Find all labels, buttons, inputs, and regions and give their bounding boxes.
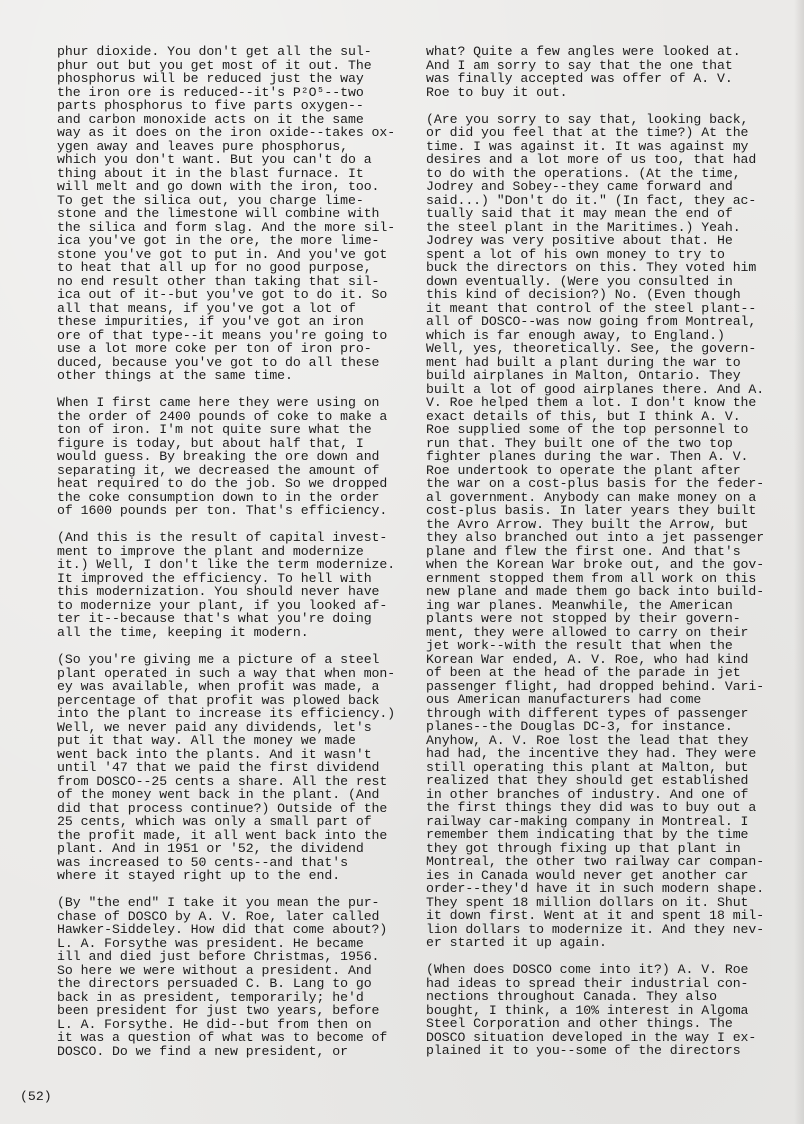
text-line: these impurities, if you've got an iron bbox=[57, 315, 395, 329]
text-line: ment had built a plant during the war to bbox=[426, 356, 764, 370]
text-line: L. A. Forsythe was president. He became bbox=[57, 937, 395, 951]
text-line: (When does DOSCO come into it?) A. V. Ro… bbox=[426, 963, 764, 977]
paragraph: (Are you sorry to say that, looking back… bbox=[426, 113, 764, 950]
text-line: the war on a cost-plus basis for the fed… bbox=[426, 477, 764, 491]
text-line: ment to improve the plant and modernize bbox=[57, 545, 395, 559]
text-line: ernment stopped them from all work on th… bbox=[426, 572, 764, 586]
text-line: the profit made, it all went back into t… bbox=[57, 829, 395, 843]
text-line: Steel Corporation and other things. The bbox=[426, 1017, 764, 1031]
text-line: went back into the plants. And it wasn't bbox=[57, 748, 395, 762]
text-line: (And this is the result of capital inves… bbox=[57, 531, 395, 545]
text-line: ica out of it--but you've got to do it. … bbox=[57, 288, 395, 302]
text-line: desires and a lot more of us too, that h… bbox=[426, 153, 764, 167]
text-line: the coke consumption down to in the orde… bbox=[57, 491, 395, 505]
text-line: would guess. By breaking the ore down an… bbox=[57, 450, 395, 464]
text-line: plained it to you--some of the directors bbox=[426, 1044, 764, 1058]
text-line: ygen away and leaves pure phosphorus, bbox=[57, 140, 395, 154]
text-line: exact details of this, but I think A. V. bbox=[426, 410, 764, 424]
text-line: DOSCO. Do we find a new president, or bbox=[57, 1045, 395, 1059]
text-line: or did you feel that at the time?) At th… bbox=[426, 126, 764, 140]
text-line: L. A. Forsythe. He did--but from then on bbox=[57, 1018, 395, 1032]
text-line: When I first came here they were using o… bbox=[57, 396, 395, 410]
text-line: (So you're giving me a picture of a stee… bbox=[57, 653, 395, 667]
text-line: was increased to 50 cents--and that's bbox=[57, 856, 395, 870]
document-page: phur dioxide. You don't get all the sul-… bbox=[0, 0, 804, 1124]
text-line: will melt and go down with the iron, too… bbox=[57, 180, 395, 194]
right-text-column: what? Quite a few angles were looked at.… bbox=[426, 45, 764, 1058]
text-line: this kind of decision?) No. (Even though bbox=[426, 288, 764, 302]
text-line: Hawker-Siddeley. How did that come about… bbox=[57, 923, 395, 937]
text-line: they got through fixing up that plant in bbox=[426, 842, 764, 856]
text-line: back in as president, temporarily; he'd bbox=[57, 991, 395, 1005]
text-line: where it stayed right up to the end. bbox=[57, 869, 395, 883]
text-line: (Are you sorry to say that, looking back… bbox=[426, 113, 764, 127]
text-line: 25 cents, which was only a small part of bbox=[57, 815, 395, 829]
text-line: buck the directors on this. They voted h… bbox=[426, 261, 764, 275]
text-line: Well, we never paid any dividends, let's bbox=[57, 721, 395, 735]
text-line: what? Quite a few angles were looked at. bbox=[426, 45, 764, 59]
text-line: stone you've got to put in. And you've g… bbox=[57, 248, 395, 262]
text-line: which is far enough away, to England.) bbox=[426, 329, 764, 343]
text-line: er started it up again. bbox=[426, 936, 764, 950]
text-line: remember them indicating that by the tim… bbox=[426, 828, 764, 842]
text-line: separating it, we decreased the amount o… bbox=[57, 464, 395, 478]
text-line: down eventually. (Were you consulted in bbox=[426, 275, 764, 289]
text-line: to do with the operations. (At the time, bbox=[426, 167, 764, 181]
text-line: of been at the head of the parade in jet bbox=[426, 666, 764, 680]
text-line: the steel plant in the Maritimes.) Yeah. bbox=[426, 221, 764, 235]
text-line: Korean War ended, A. V. Roe, who had kin… bbox=[426, 653, 764, 667]
text-line: Montreal, the other two railway car comp… bbox=[426, 855, 764, 869]
text-line: no end result other than taking that sil… bbox=[57, 275, 395, 289]
text-line: and carbon monoxide acts on it the same bbox=[57, 113, 395, 127]
text-line: (By "the end" I take it you mean the pur… bbox=[57, 896, 395, 910]
text-line: to heat that all up for no good purpose, bbox=[57, 261, 395, 275]
text-line: ey was available, when profit was made, … bbox=[57, 680, 395, 694]
text-line: plants were not stopped by their govern- bbox=[426, 612, 764, 626]
text-line: they also branched out into a jet passen… bbox=[426, 531, 764, 545]
text-line: through with different types of passenge… bbox=[426, 707, 764, 721]
text-line: the Avro Arrow. They built the Arrow, bu… bbox=[426, 518, 764, 532]
text-line: To get the silica out, you charge lime- bbox=[57, 194, 395, 208]
paragraph: (When does DOSCO come into it?) A. V. Ro… bbox=[426, 963, 764, 1058]
text-line: railway car-making company in Montreal. … bbox=[426, 815, 764, 829]
text-line: Jodrey was very positive about that. He bbox=[426, 234, 764, 248]
text-line: all of DOSCO--was now going from Montrea… bbox=[426, 315, 764, 329]
text-line: build airplanes in Malton, Ontario. They bbox=[426, 369, 764, 383]
text-line: parts phosphorus to five parts oxygen-- bbox=[57, 99, 395, 113]
text-line: been president for just two years, befor… bbox=[57, 1004, 395, 1018]
text-line: stone and the limestone will combine wit… bbox=[57, 207, 395, 221]
text-line: cost-plus basis. In later years they bui… bbox=[426, 504, 764, 518]
text-line: They spent 18 million dollars on it. Shu… bbox=[426, 896, 764, 910]
text-line: the silica and form slag. And the more s… bbox=[57, 221, 395, 235]
text-line: did that process continue?) Outside of t… bbox=[57, 802, 395, 816]
page-number: (52) bbox=[20, 1090, 52, 1104]
text-line: spent a lot of his own money to try to bbox=[426, 248, 764, 262]
page-edge-shadow bbox=[794, 0, 804, 1124]
text-line: from DOSCO--25 cents a share. All the re… bbox=[57, 775, 395, 789]
text-line: chase of DOSCO by A. V. Roe, later calle… bbox=[57, 910, 395, 924]
text-line: lion dollars to modernize it. And they n… bbox=[426, 923, 764, 937]
text-line: Roe supplied some of the top personnel t… bbox=[426, 423, 764, 437]
text-line: in other branches of industry. And one o… bbox=[426, 788, 764, 802]
paragraph: what? Quite a few angles were looked at.… bbox=[426, 45, 764, 99]
text-line: realized that they should get establishe… bbox=[426, 774, 764, 788]
text-line: all the time, keeping it modern. bbox=[57, 626, 395, 640]
text-line: duced, because you've got to do all thes… bbox=[57, 356, 395, 370]
text-line: ica you've got in the ore, the more lime… bbox=[57, 234, 395, 248]
text-line: it meant that control of the steel plant… bbox=[426, 302, 764, 316]
text-line: the directors persuaded C. B. Lang to go bbox=[57, 977, 395, 991]
text-line: percentage of that profit was plowed bac… bbox=[57, 694, 395, 708]
paragraph: (So you're giving me a picture of a stee… bbox=[57, 653, 395, 883]
paragraph: (By "the end" I take it you mean the pur… bbox=[57, 896, 395, 1058]
text-line: tually said that it may mean the end of bbox=[426, 207, 764, 221]
text-line: DOSCO situation developed in the way I e… bbox=[426, 1031, 764, 1045]
text-line: heat required to do the job. So we dropp… bbox=[57, 477, 395, 491]
text-line: Jodrey and Sobey--they came forward and bbox=[426, 180, 764, 194]
text-line: had ideas to spread their industrial con… bbox=[426, 977, 764, 991]
text-line: new plane and made them go back into bui… bbox=[426, 585, 764, 599]
text-line: phosphorus will be reduced just the way bbox=[57, 72, 395, 86]
text-line: time. I was against it. It was against m… bbox=[426, 140, 764, 154]
text-line: of 1600 pounds per ton. That's efficienc… bbox=[57, 504, 395, 518]
text-line: of the money went back in the plant. (An… bbox=[57, 788, 395, 802]
text-line: it.) Well, I don't like the term moderni… bbox=[57, 558, 395, 572]
text-line: had had, the incentive they had. They we… bbox=[426, 747, 764, 761]
text-line: thing about it in the blast furnace. It bbox=[57, 167, 395, 181]
text-line: it down first. Went at it and spent 18 m… bbox=[426, 909, 764, 923]
text-line: Roe to buy it out. bbox=[426, 86, 764, 100]
text-line: phur out but you get most of it out. The bbox=[57, 59, 395, 73]
text-line: ton of iron. I'm not quite sure what the bbox=[57, 423, 395, 437]
text-line: which you don't want. But you can't do a bbox=[57, 153, 395, 167]
text-line: way as it does on the iron oxide--takes … bbox=[57, 126, 395, 140]
text-line: bought, I think, a 10% interest in Algom… bbox=[426, 1004, 764, 1018]
text-line: passenger flight, had dropped behind. Va… bbox=[426, 680, 764, 694]
text-line: al government. Anybody can make money on… bbox=[426, 491, 764, 505]
paragraph: When I first came here they were using o… bbox=[57, 396, 395, 518]
text-line: phur dioxide. You don't get all the sul- bbox=[57, 45, 395, 59]
text-line: put it that way. All the money we made bbox=[57, 734, 395, 748]
left-text-column: phur dioxide. You don't get all the sul-… bbox=[57, 45, 395, 1058]
text-line: ing war planes. Meanwhile, the American bbox=[426, 599, 764, 613]
text-line: So here we were without a president. And bbox=[57, 964, 395, 978]
text-line: when the Korean War broke out, and the g… bbox=[426, 558, 764, 572]
text-line: figure is today, but about half that, I bbox=[57, 437, 395, 451]
text-line: until '47 that we paid the first dividen… bbox=[57, 761, 395, 775]
text-line: order--they'd have it in such modern sha… bbox=[426, 882, 764, 896]
text-line: ter it--because that's what you're doing bbox=[57, 612, 395, 626]
text-line: built a lot of good airplanes there. And… bbox=[426, 383, 764, 397]
paragraph: phur dioxide. You don't get all the sul-… bbox=[57, 45, 395, 383]
text-line: it was a question of what was to become … bbox=[57, 1031, 395, 1045]
text-line: other things at the same time. bbox=[57, 369, 395, 383]
text-line: to modernize your plant, if you looked a… bbox=[57, 599, 395, 613]
text-line: into the plant to increase its efficienc… bbox=[57, 707, 395, 721]
text-line: use a lot more coke per ton of iron pro- bbox=[57, 342, 395, 356]
text-line: Anyhow, A. V. Roe lost the lead that the… bbox=[426, 734, 764, 748]
text-line: ous American manufacturers had come bbox=[426, 693, 764, 707]
text-line: still operating this plant at Malton, bu… bbox=[426, 761, 764, 775]
text-line: plane and flew the first one. And that's bbox=[426, 545, 764, 559]
text-line: this modernization. You should never hav… bbox=[57, 585, 395, 599]
text-line: ill and died just before Christmas, 1956… bbox=[57, 950, 395, 964]
text-line: nections throughout Canada. They also bbox=[426, 990, 764, 1004]
text-line: ore of that type--it means you're going … bbox=[57, 329, 395, 343]
text-line: It improved the efficiency. To hell with bbox=[57, 572, 395, 586]
text-line: the iron ore is reduced--it's P²O⁵--two bbox=[57, 86, 395, 100]
text-line: V. Roe helped them a lot. I don't know t… bbox=[426, 396, 764, 410]
text-line: plant. And in 1951 or '52, the dividend bbox=[57, 842, 395, 856]
text-line: planes--the Douglas DC-3, for instance. bbox=[426, 720, 764, 734]
paragraph: (And this is the result of capital inves… bbox=[57, 531, 395, 639]
text-line: jet work--with the result that when the bbox=[426, 639, 764, 653]
text-line: all that means, if you've got a lot of bbox=[57, 302, 395, 316]
text-line: plant operated in such a way that when m… bbox=[57, 667, 395, 681]
text-line: said...) "Don't do it." (In fact, they a… bbox=[426, 194, 764, 208]
text-line: ies in Canada would never get another ca… bbox=[426, 869, 764, 883]
text-line: Well, yes, theoretically. See, the gover… bbox=[426, 342, 764, 356]
text-line: And I am sorry to say that the one that bbox=[426, 59, 764, 73]
text-line: fighter planes during the war. Then A. V… bbox=[426, 450, 764, 464]
text-line: was finally accepted was offer of A. V. bbox=[426, 72, 764, 86]
text-line: run that. They built one of the two top bbox=[426, 437, 764, 451]
text-line: ment, they were allowed to carry on thei… bbox=[426, 626, 764, 640]
text-line: the first things they did was to buy out… bbox=[426, 801, 764, 815]
text-line: Roe undertook to operate the plant after bbox=[426, 464, 764, 478]
text-line: the order of 2400 pounds of coke to make… bbox=[57, 410, 395, 424]
